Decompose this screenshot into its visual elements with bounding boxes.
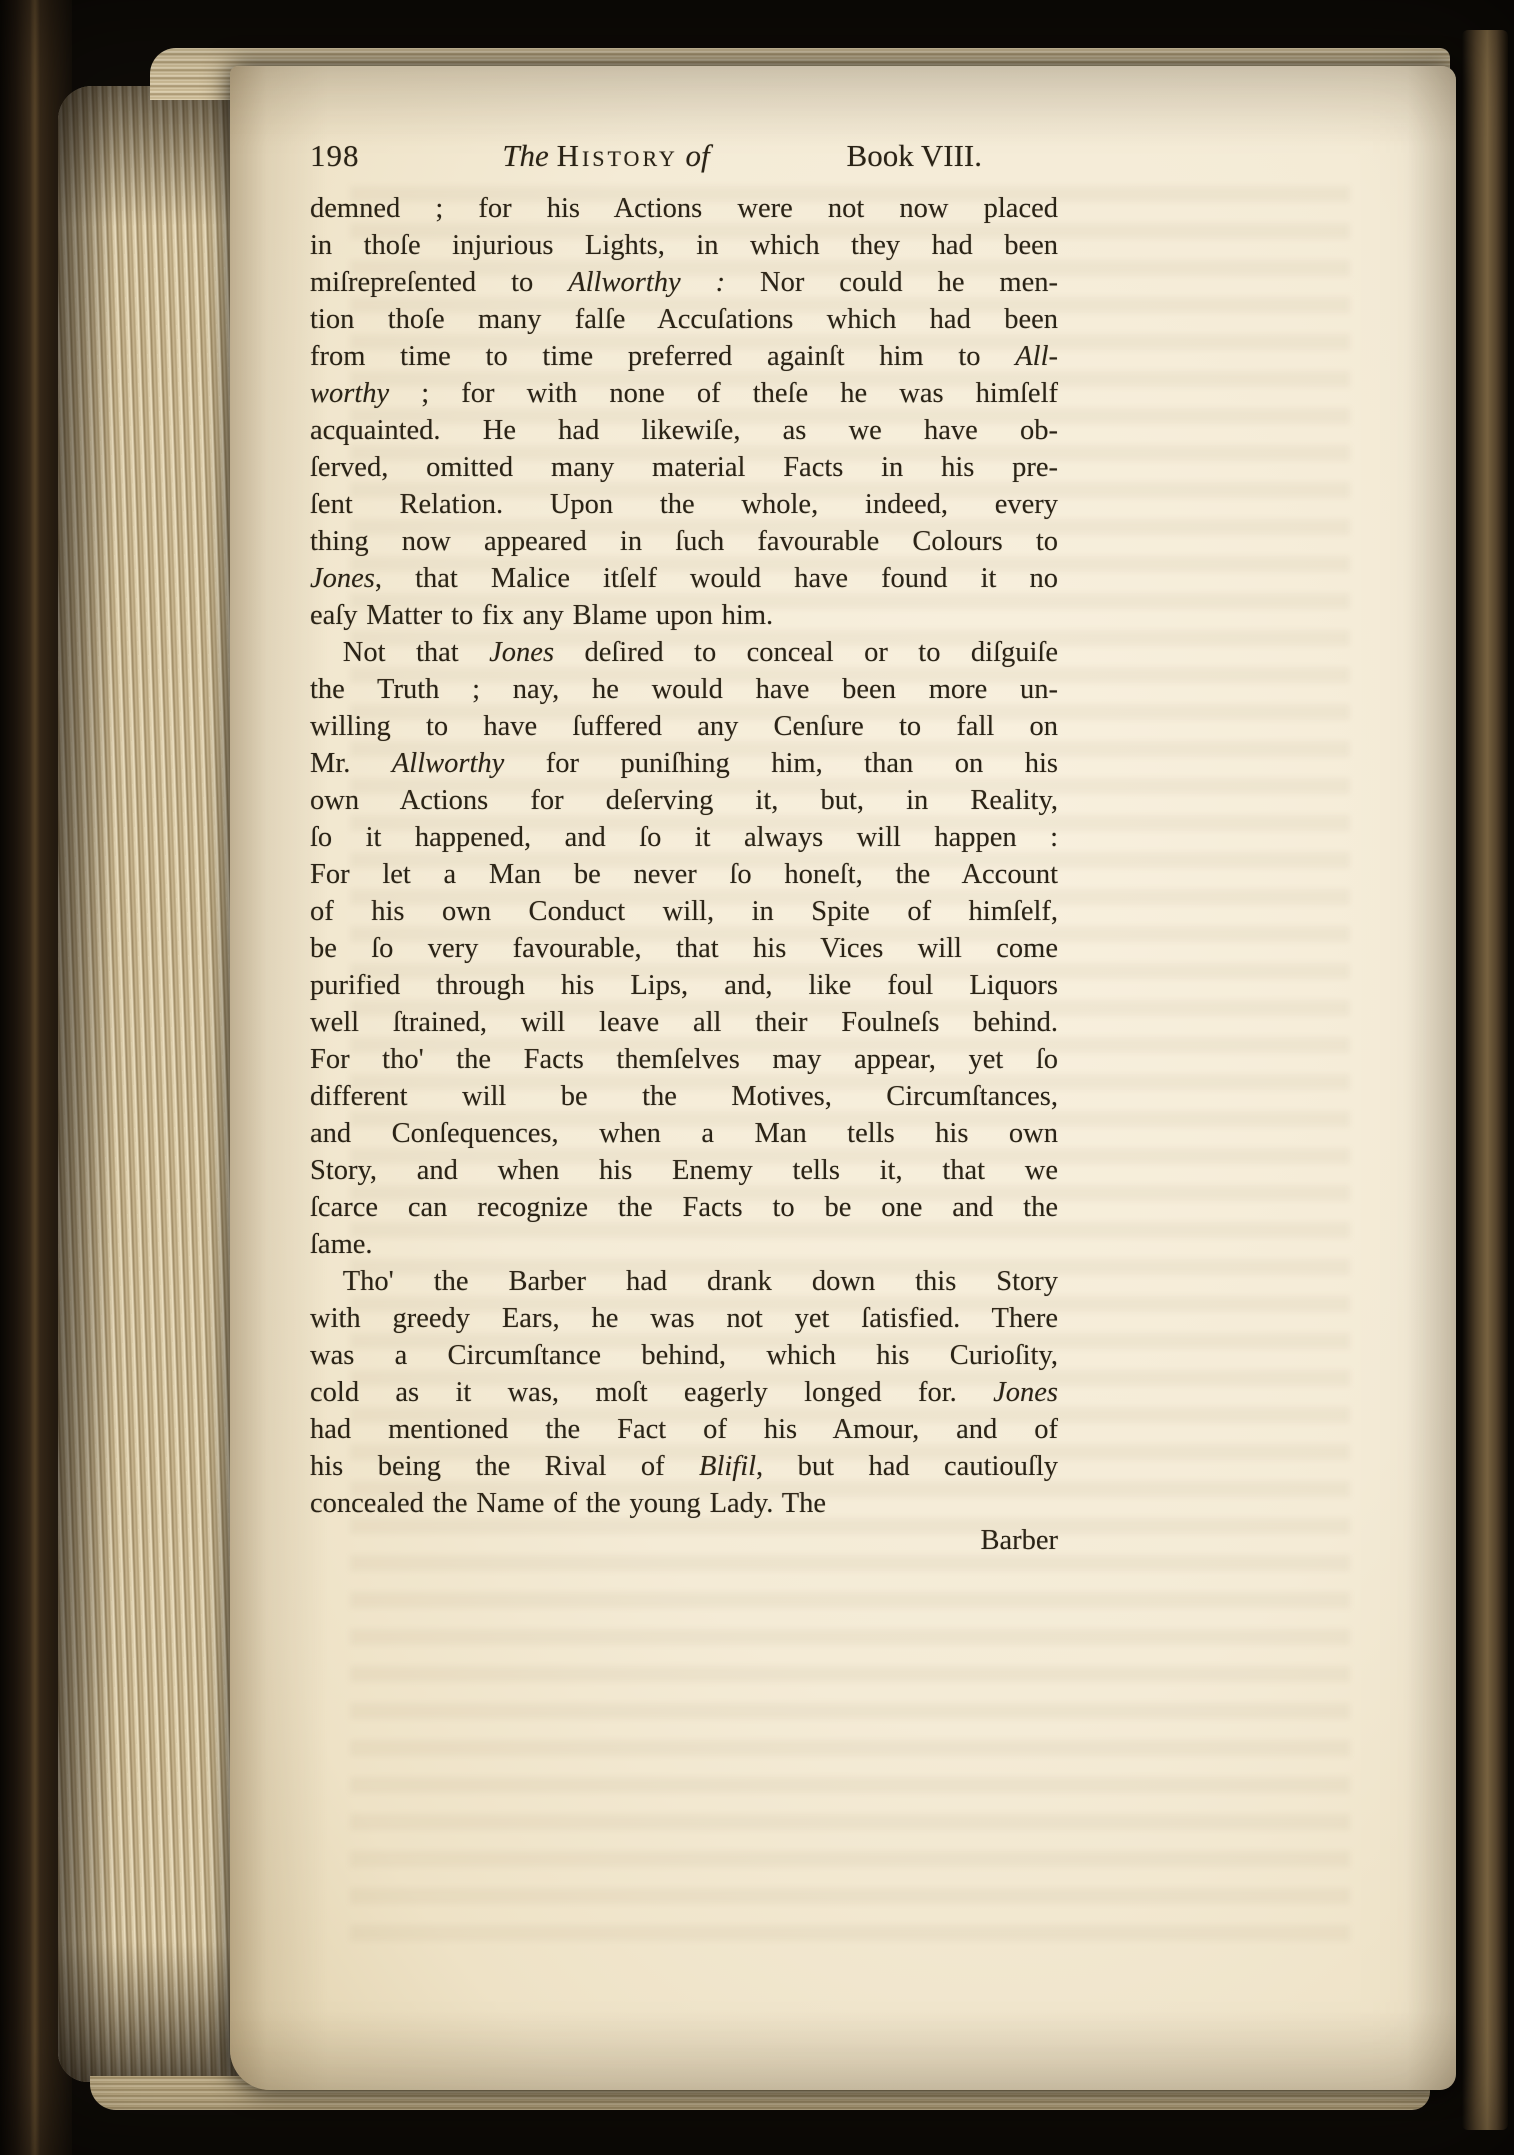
text-line: ſerved, omitted many material Facts in h…	[310, 449, 1058, 486]
text-line: ſent Relation. Upon the whole, indeed, e…	[310, 486, 1058, 523]
running-title-the: The	[502, 138, 549, 173]
text-block: 198 The History of Book VIII. demned ; f…	[310, 138, 1070, 1559]
fore-edge	[1462, 30, 1508, 2130]
text-line: well ſtrained, will leave all their Foul…	[310, 1004, 1058, 1041]
text-line: worthy ; for with none of theſe he was h…	[310, 375, 1058, 412]
text-line: with greedy Ears, he was not yet ſatisfi…	[310, 1300, 1058, 1337]
text-line: demned ; for his Actions were not now pl…	[310, 190, 1058, 227]
spine-ridge	[30, 0, 40, 2155]
text-line: own Actions for deſerving it, but, in Re…	[310, 782, 1058, 819]
text-line: had mentioned the Fact of his Amour, and…	[310, 1411, 1058, 1448]
text-line: Story, and when his Enemy tells it, that…	[310, 1152, 1058, 1189]
text-line: of his own Conduct will, in Spite of him…	[310, 893, 1058, 930]
text-line: ſame.	[310, 1226, 1058, 1263]
text-line: Tho' the Barber had drank down this Stor…	[310, 1263, 1058, 1300]
text-line: ſo it happened, and ſo it always will ha…	[310, 819, 1058, 856]
text-line: willing to have ſuffered any Cenſure to …	[310, 708, 1058, 745]
running-title-history: History	[557, 138, 678, 173]
paragraph: Not that Jones deſired to conceal or to …	[310, 634, 1070, 1263]
running-title-of: of	[686, 138, 710, 173]
text-line: For let a Man be never ſo honeſt, the Ac…	[310, 856, 1058, 893]
text-line: Mr. Allworthy for puniſhing him, than on…	[310, 745, 1058, 782]
text-line: acquainted. He had likewiſe, as we have …	[310, 412, 1058, 449]
text-line: be ſo very favourable, that his Vices wi…	[310, 930, 1058, 967]
text-line: eaſy Matter to fix any Blame upon him.	[310, 597, 1058, 634]
text-line: concealed the Name of the young Lady. Th…	[310, 1485, 1058, 1522]
text-line: different will be the Motives, Circumſta…	[310, 1078, 1058, 1115]
text-line: purified through his Lips, and, like fou…	[310, 967, 1058, 1004]
page-number: 198	[310, 138, 430, 174]
text-line: and Conſequences, when a Man tells his o…	[310, 1115, 1058, 1152]
text-line: ſcarce can recognize the Facts to be one…	[310, 1189, 1058, 1226]
page-stack-left	[58, 86, 246, 2082]
text-line: cold as it was, moſt eagerly longed for.…	[310, 1374, 1058, 1411]
body-text: demned ; for his Actions were not now pl…	[310, 190, 1070, 1522]
text-line: Not that Jones deſired to conceal or to …	[310, 634, 1058, 671]
book-label: Book VIII.	[782, 138, 982, 174]
text-line: thing now appeared in ſuch favourable Co…	[310, 523, 1058, 560]
catchword: Barber	[310, 1522, 1058, 1559]
page-header: 198 The History of Book VIII.	[310, 138, 982, 174]
text-line: miſrepreſented to Allworthy : Nor could …	[310, 264, 1058, 301]
book-page: 198 The History of Book VIII. demned ; f…	[230, 66, 1456, 2090]
paragraph: demned ; for his Actions were not now pl…	[310, 190, 1070, 634]
text-line: was a Circumſtance behind, which his Cur…	[310, 1337, 1058, 1374]
text-line: in thoſe injurious Lights, in which they…	[310, 227, 1058, 264]
text-line: Jones, that Malice itſelf would have fou…	[310, 560, 1058, 597]
text-line: from time to time preferred againſt him …	[310, 338, 1058, 375]
paragraph: Tho' the Barber had drank down this Stor…	[310, 1263, 1070, 1522]
running-title: The History of	[430, 138, 782, 174]
text-line: his being the Rival of Blifil, but had c…	[310, 1448, 1058, 1485]
text-line: For tho' the Facts themſelves may appear…	[310, 1041, 1058, 1078]
text-line: the Truth ; nay, he would have been more…	[310, 671, 1058, 708]
text-line: tion thoſe many falſe Accuſations which …	[310, 301, 1058, 338]
